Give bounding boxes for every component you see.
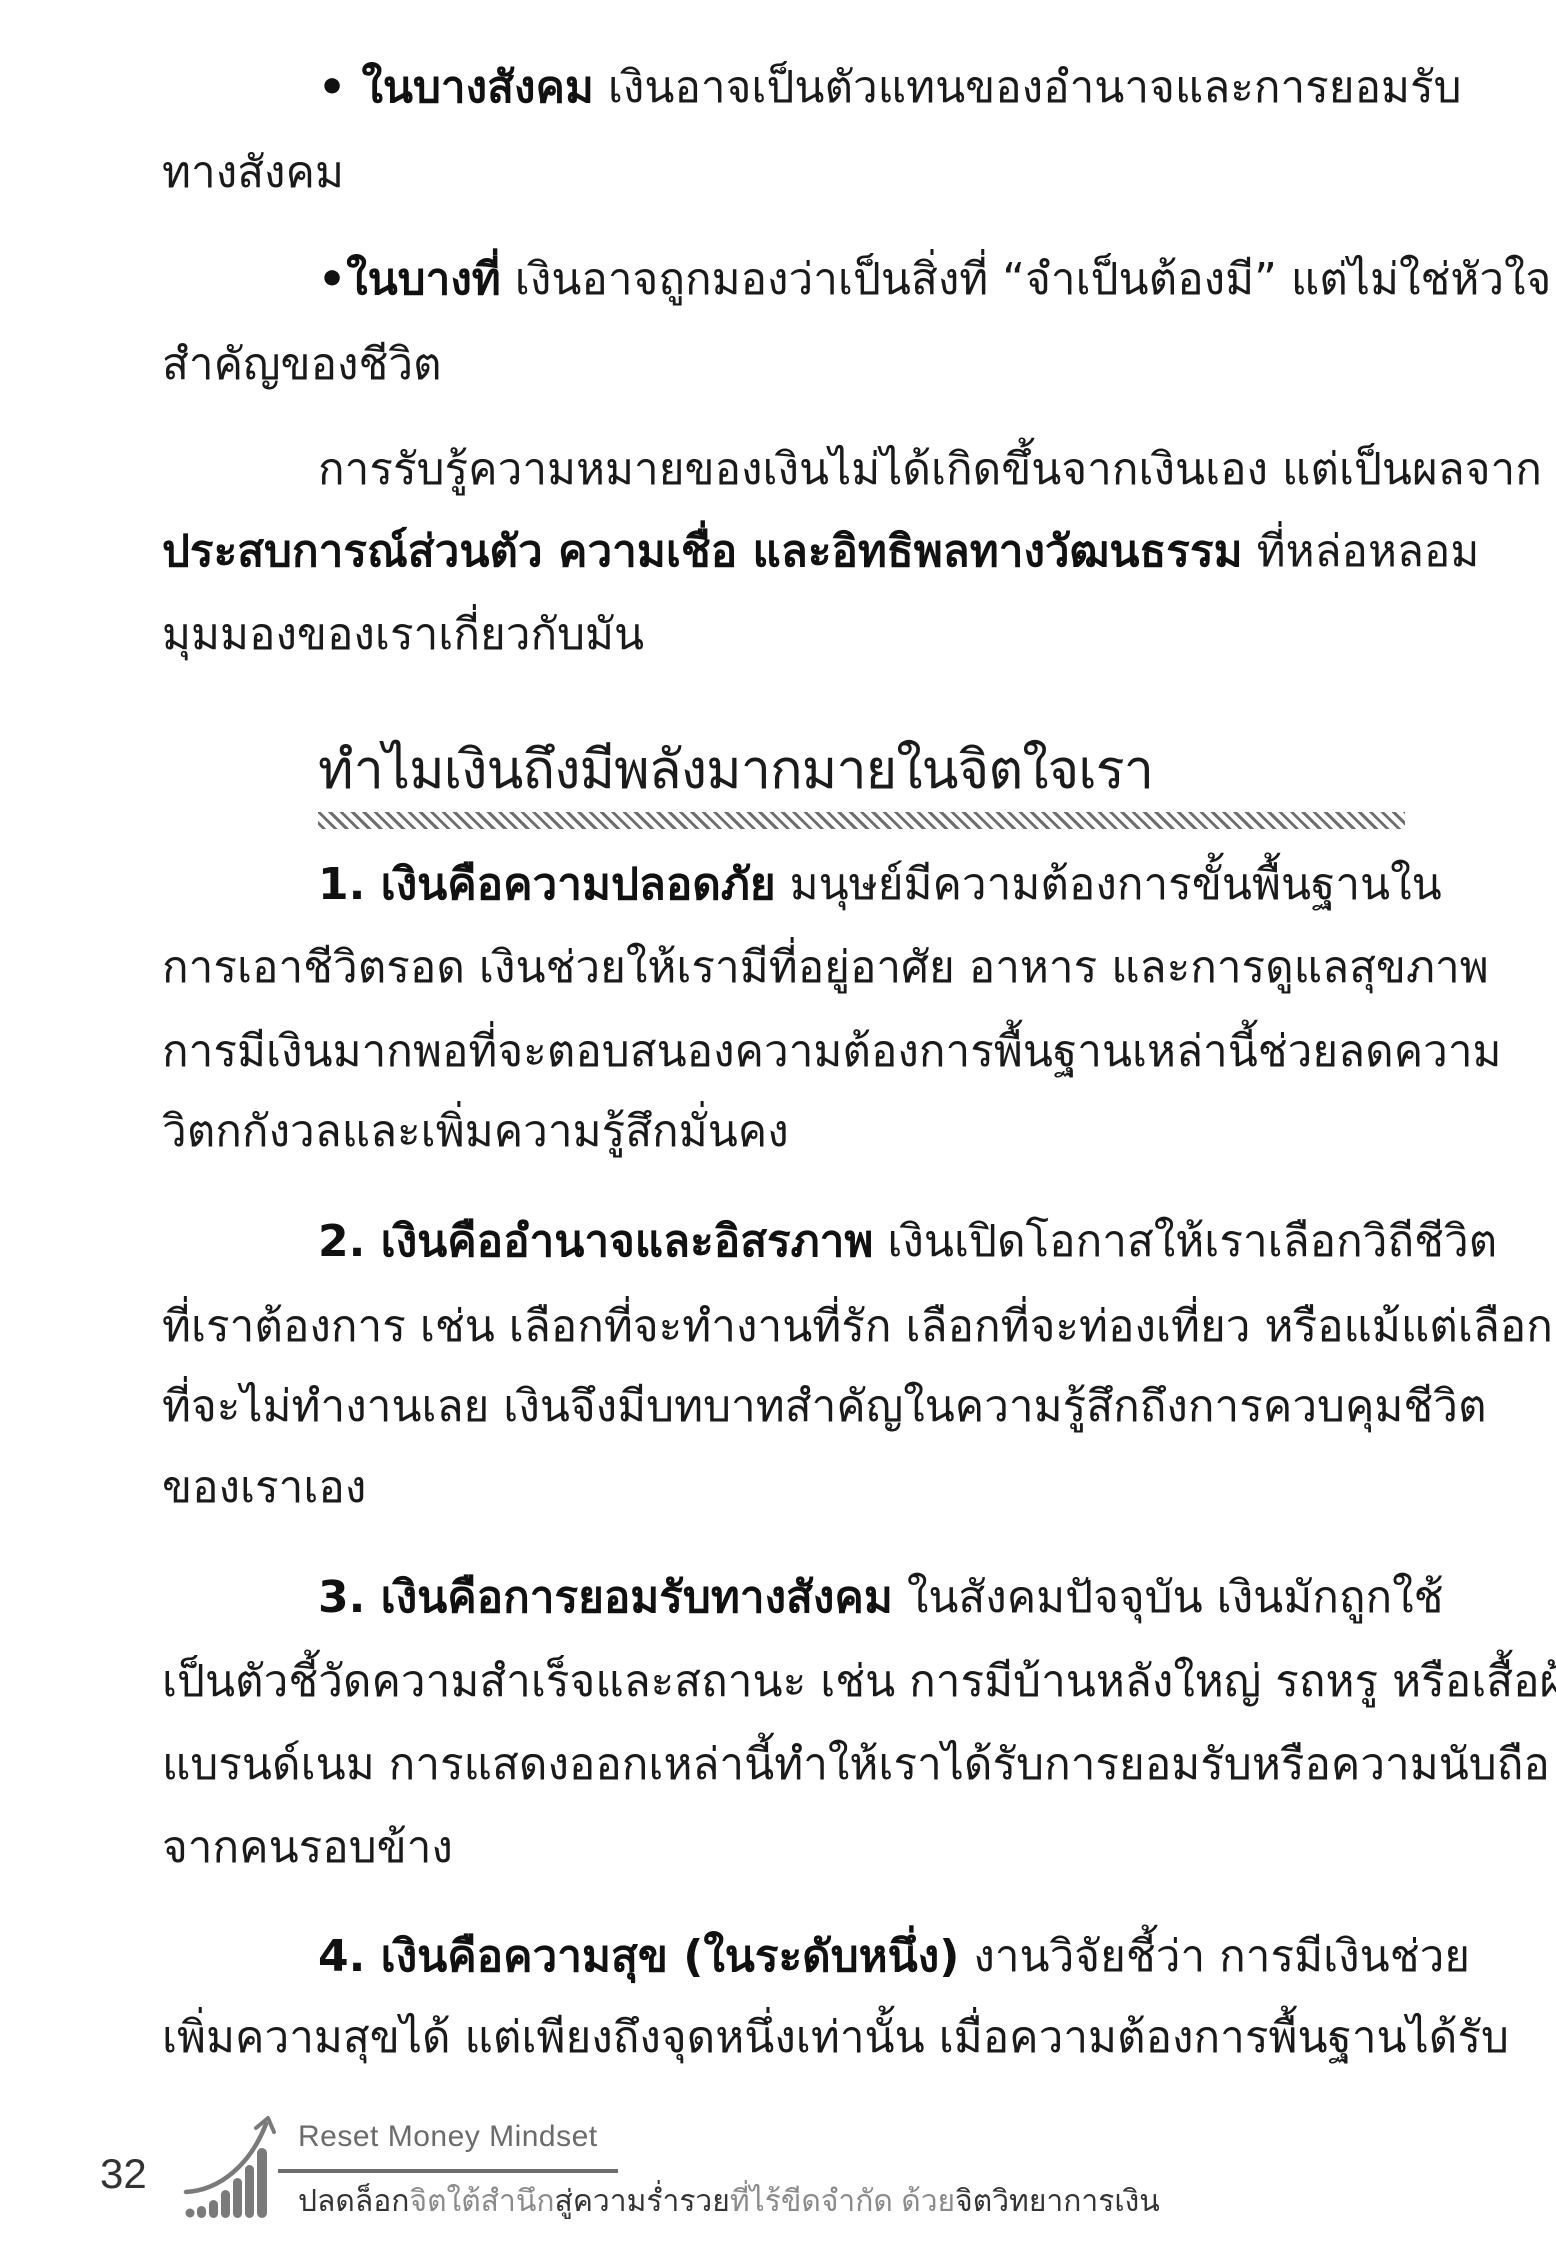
heading-hatch-divider <box>318 812 1405 829</box>
body-text: งานวิจัยชี้ว่า การมีเงินช่วย <box>959 1931 1470 1982</box>
item-4-line-2: เพิ่มความสุขได้ แต่เพียงถึงจุดหนึ่งเท่าน… <box>162 2008 1402 2068</box>
body-text: สำคัญของชีวิต <box>162 339 442 390</box>
growth-bar-chart-arrow-icon <box>180 2110 280 2230</box>
body-text: เงินอาจถูกมองว่าเป็นสิ่งที่ “จำเป็นต้องม… <box>501 254 1551 305</box>
body-text: เงินอาจเป็นตัวแทนของอำนาจและการยอมรับ <box>594 62 1462 113</box>
page-number: 32 <box>100 2150 147 2198</box>
body-text: เงินเปิดโอกาสให้เราเลือกวิถีชีวิต <box>873 1216 1497 1267</box>
subtitle-segment: จิตใต้สำนึก <box>409 2185 554 2218</box>
body-text: การเอาชีวิตรอด เงินช่วยให้เรามีที่อยู่อา… <box>162 942 1489 993</box>
subtitle-segment: สู่ความร่ำรวย <box>555 2185 730 2218</box>
bullet-society-line-1: • ในบางสังคม เงินอาจเป็นตัวแทนของอำนาจแล… <box>318 58 1402 118</box>
body-text: เพิ่มความสุขได้ แต่เพียงถึงจุดหนึ่งเท่าน… <box>162 2012 1509 2063</box>
perception-line-3: มุมมองของเราเกี่ยวกับมัน <box>162 605 1402 665</box>
body-text: การมีเงินมากพอที่จะตอบสนองความต้องการพื้… <box>162 1026 1502 1077</box>
item-2-line-4: ของเราเอง <box>162 1458 1402 1518</box>
item-3-line-4: จากคนรอบข้าง <box>162 1818 1402 1878</box>
body-text: ของเราเอง <box>162 1462 366 1513</box>
item-3-line-1: 3. เงินคือการยอมรับทางสังคม ในสังคมปัจจุ… <box>318 1568 1402 1628</box>
body-text: จากคนรอบข้าง <box>162 1822 453 1873</box>
body-text: เป็นตัวชี้วัดความสำเร็จและสถานะ เช่น การ… <box>162 1656 1556 1707</box>
body-text: ในสังคมปัจจุบัน เงินมักถูกใช้ <box>893 1572 1444 1623</box>
item-title: 3. เงินคือการยอมรับทางสังคม <box>318 1572 893 1623</box>
bold-lead: • ในบางสังคม <box>318 62 594 113</box>
item-3-line-2: เป็นตัวชี้วัดความสำเร็จและสถานะ เช่น การ… <box>162 1652 1402 1712</box>
body-text: การรับรู้ความหมายของเงินไม่ได้เกิดขึ้นจา… <box>318 444 1542 495</box>
subtitle-segment: ที่ไร้ขีดจำกัด ด้วย <box>730 2185 955 2218</box>
item-1-line-2: การเอาชีวิตรอด เงินช่วยให้เรามีที่อยู่อา… <box>162 938 1402 998</box>
bullet-society-line-2: ทางสังคม <box>162 143 1402 203</box>
body-text: วิตกกังวลและเพิ่มความรู้สึกมั่นคง <box>162 1106 789 1157</box>
item-1-line-3: การมีเงินมากพอที่จะตอบสนองความต้องการพื้… <box>162 1022 1402 1082</box>
subtitle-segment: ปลดล็อก <box>298 2185 409 2218</box>
bold-lead: •ในบางที่ <box>318 254 501 305</box>
bullet-times-line-1: •ในบางที่ เงินอาจถูกมองว่าเป็นสิ่งที่ “จ… <box>318 250 1402 310</box>
bullet-times-line-2: สำคัญของชีวิต <box>162 335 1402 395</box>
item-2-line-2: ที่เราต้องการ เช่น เลือกที่จะทำงานที่รัก… <box>162 1297 1402 1357</box>
perception-line-2: ประสบการณ์ส่วนตัว ความเชื่อ และอิทธิพลทา… <box>162 522 1402 582</box>
item-2-line-1: 2. เงินคืออำนาจและอิสรภาพ เงินเปิดโอกาสใ… <box>318 1212 1402 1272</box>
perception-line-1: การรับรู้ความหมายของเงินไม่ได้เกิดขึ้นจา… <box>318 440 1402 500</box>
item-title: 1. เงินคือความปลอดภัย <box>318 859 776 910</box>
body-text: ทางสังคม <box>162 147 344 198</box>
item-3-line-3: แบรนด์เนม การแสดงออกเหล่านี้ทำให้เราได้ร… <box>162 1735 1402 1795</box>
footer-divider <box>278 2169 618 2173</box>
item-title: 4. เงินคือความสุข (ในระดับหนึ่ง) <box>318 1931 959 1982</box>
book-subtitle: ปลดล็อกจิตใต้สำนึกสู่ความร่ำรวยที่ไร้ขีด… <box>298 2178 1160 2225</box>
body-text: มุมมองของเราเกี่ยวกับมัน <box>162 609 644 660</box>
item-4-line-1: 4. เงินคือความสุข (ในระดับหนึ่ง) งานวิจั… <box>318 1927 1402 1987</box>
body-text: มนุษย์มีความต้องการขั้นพื้นฐานใน <box>776 859 1442 910</box>
body-text: ที่เราต้องการ เช่น เลือกที่จะทำงานที่รัก… <box>162 1301 1553 1352</box>
body-text: ที่จะไม่ทำงานเลย เงินจึงมีบทบาทสำคัญในคว… <box>162 1381 1487 1432</box>
book-title: Reset Money Mindset <box>298 2120 598 2154</box>
body-text: แบรนด์เนม การแสดงออกเหล่านี้ทำให้เราได้ร… <box>162 1739 1550 1790</box>
bold-phrase: ประสบการณ์ส่วนตัว ความเชื่อ และอิทธิพลทา… <box>162 526 1243 577</box>
subtitle-segment: จิตวิทยาการเงิน <box>955 2185 1160 2218</box>
item-1-line-1: 1. เงินคือความปลอดภัย มนุษย์มีความต้องกา… <box>318 855 1402 915</box>
body-text: ที่หล่อหลอม <box>1243 526 1480 577</box>
item-1-line-4: วิตกกังวลและเพิ่มความรู้สึกมั่นคง <box>162 1102 1402 1162</box>
item-title: 2. เงินคืออำนาจและอิสรภาพ <box>318 1216 873 1267</box>
item-2-line-3: ที่จะไม่ทำงานเลย เงินจึงมีบทบาทสำคัญในคว… <box>162 1377 1402 1437</box>
section-heading: ทำไมเงินถึงมีพลังมากมายในจิตใจเรา <box>318 738 1153 802</box>
